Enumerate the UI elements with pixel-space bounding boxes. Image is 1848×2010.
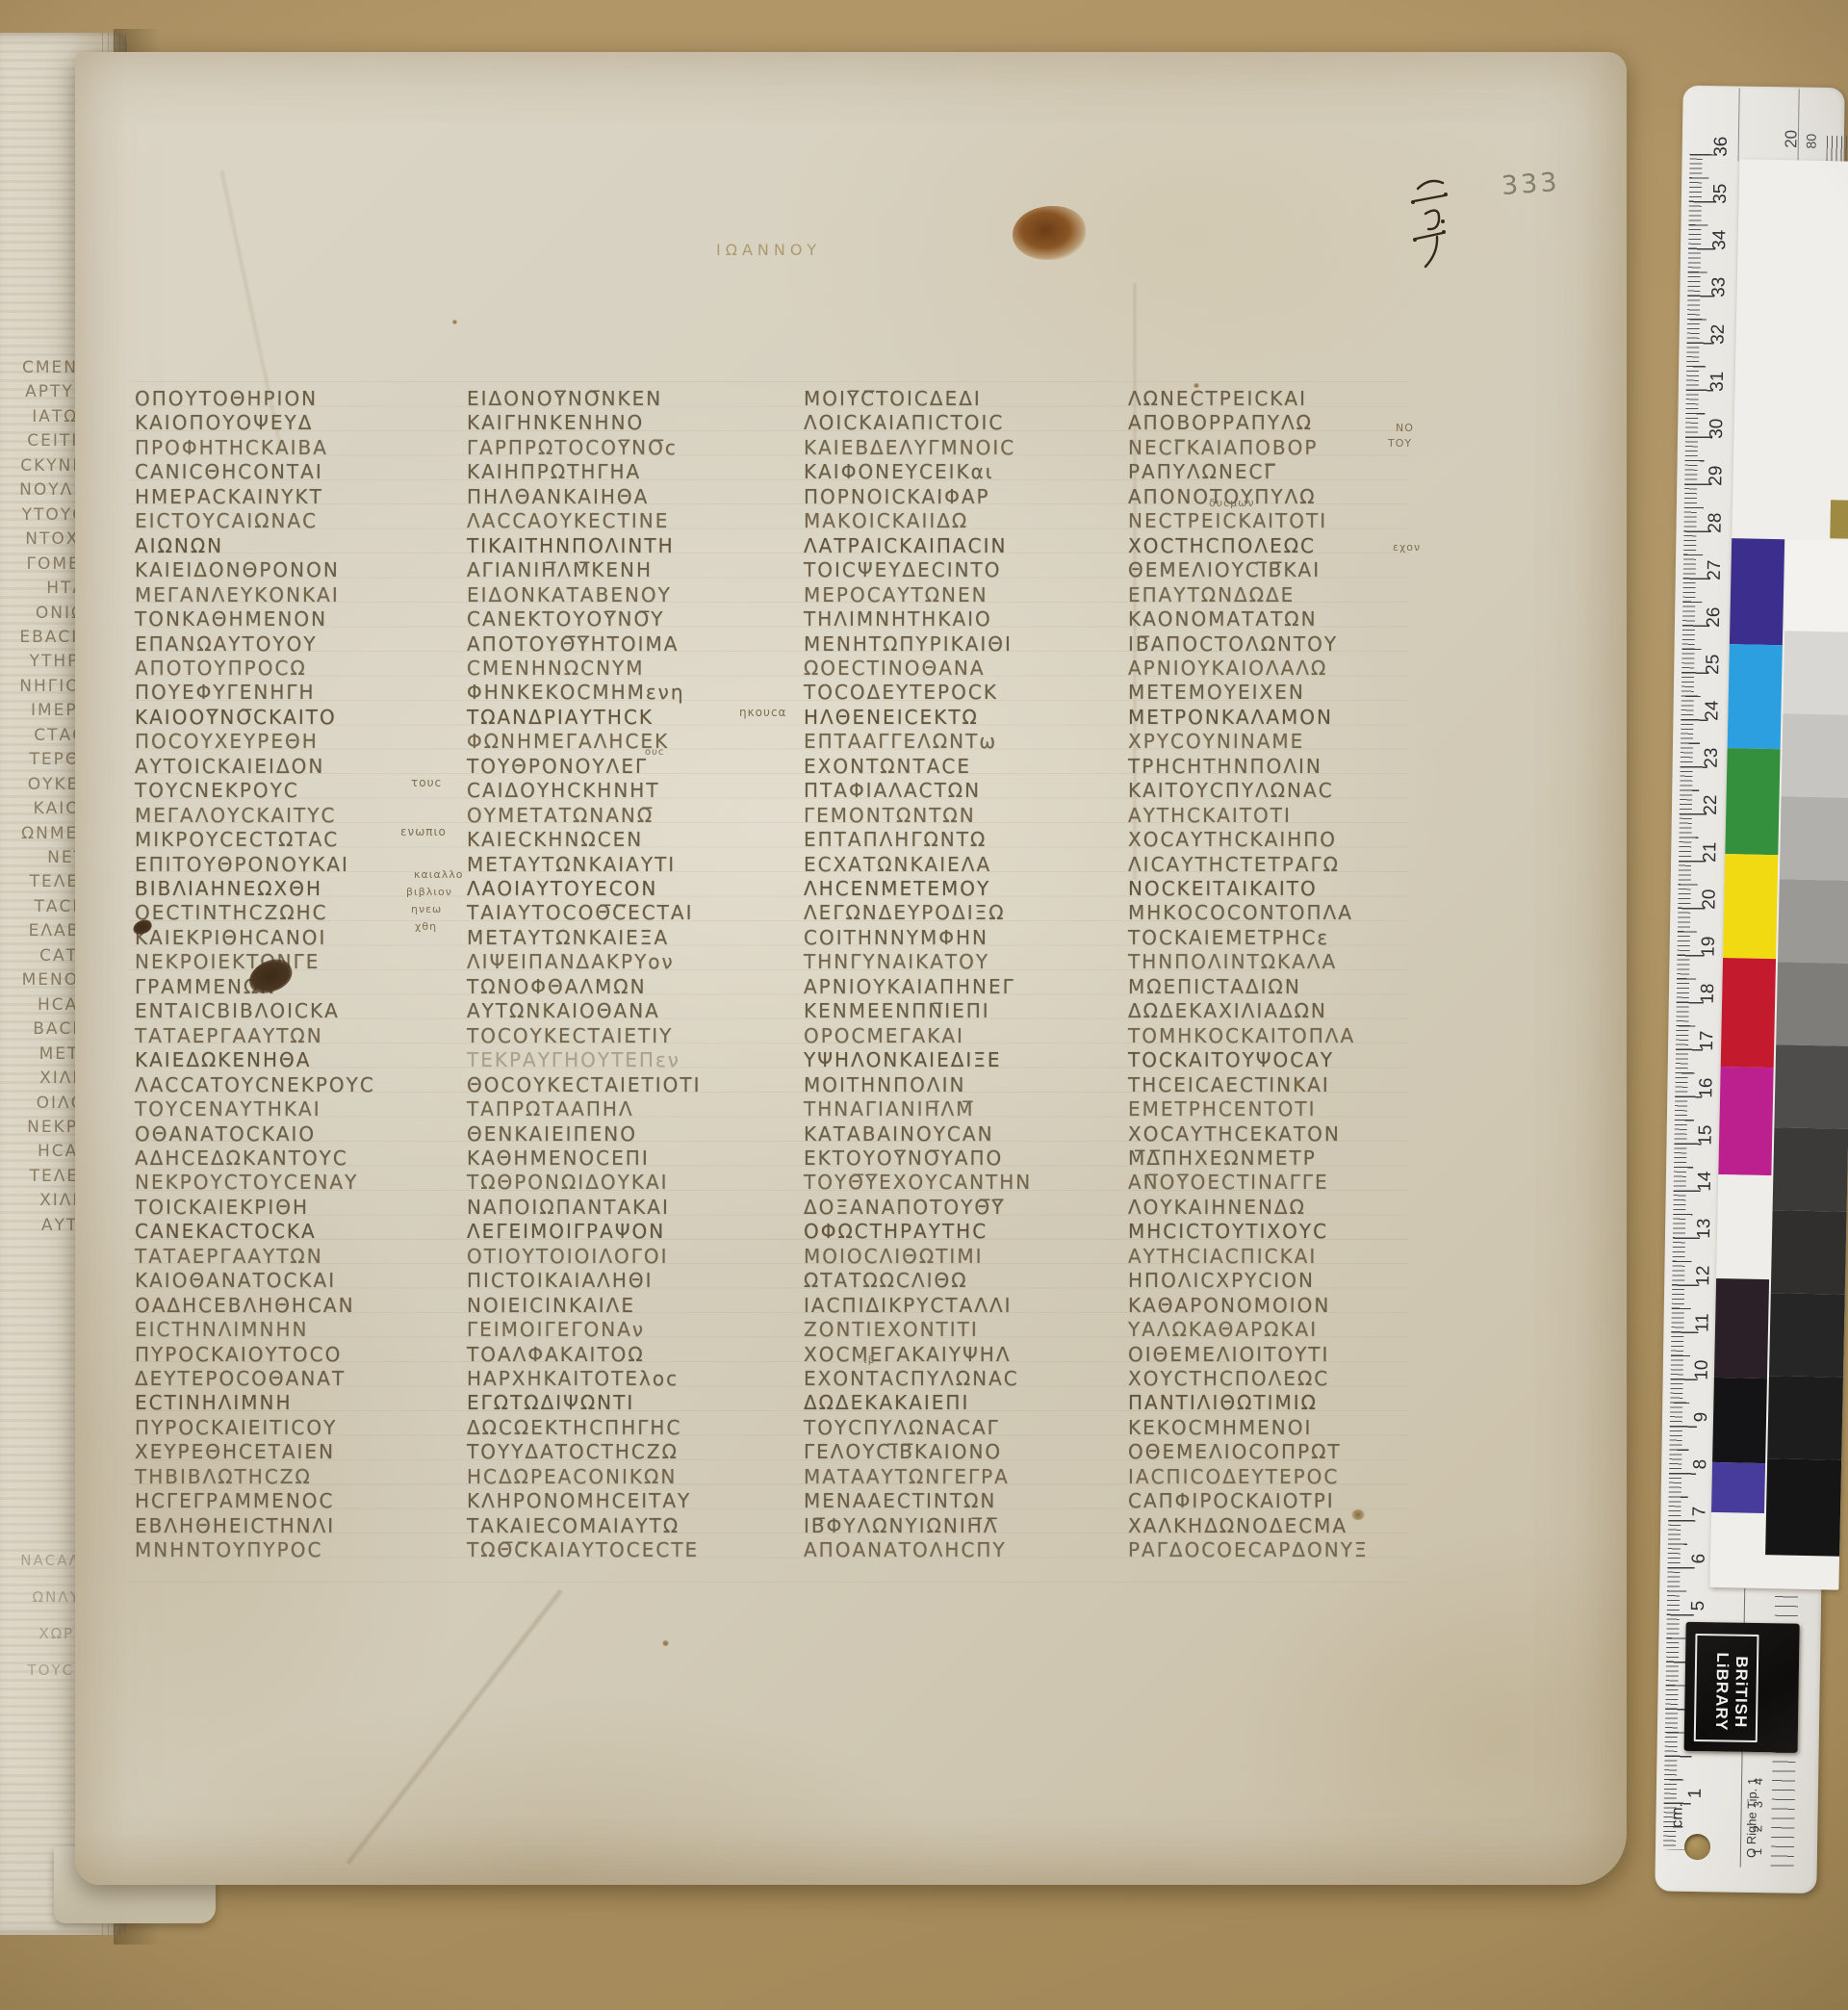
- ruler-cm-number: 15: [1695, 1123, 1716, 1145]
- manuscript-line: ΚΑΘΗΜΕΝΟϹΕΠΙ: [467, 1147, 650, 1171]
- manuscript-line: ΧΡΥϹΟΥΝΙΝΑΜΕ: [1128, 730, 1304, 754]
- manuscript-line: ΕΙΔΟΝΚΑΤΑΒΕΝΟΥ: [467, 583, 672, 607]
- ruler-grid-line: [1798, 90, 1800, 163]
- manuscript-line: ΠΗΛΘΑΝΚΑΙΗΘΑ: [467, 485, 649, 509]
- manuscript-line: ΟΡΟϹΜΕΓΑΚΑΙ: [804, 1024, 964, 1048]
- manuscript-line: ΤΗΝΠΟΛΙΝΤΩΚΑΛΑ: [1128, 950, 1337, 974]
- manuscript-line: ΟΘΑΝΑΤΟϹΚΑΙΟ: [135, 1122, 316, 1147]
- gray-step-12: [1765, 1458, 1841, 1557]
- manuscript-line: ΤΟΥϹΝΕΚΡΟΥϹ: [135, 779, 299, 803]
- ruler-cm-number: 28: [1705, 512, 1726, 533]
- manuscript-line: ΝΟΙΕΙϹΙΝΚΑΙΛΕ: [467, 1294, 635, 1318]
- manuscript-line: ΙΑϹΠΙϹΟΔΕΥΤΕΡΟϹ: [1128, 1465, 1339, 1489]
- manuscript-line: ΤΟΥΘΡΟΝΟΥΛΕΓ: [467, 755, 648, 779]
- manuscript-line: ΟΥΜΕΤΑΤΩΝΑΝΩ̅: [467, 804, 654, 828]
- manuscript-line: ΤΑΤΑΕΡΓΑΑΥΤΩΝ: [135, 1024, 323, 1048]
- manuscript-line: ΚΕΚΟϹΜΗΜΕΝΟΙ: [1128, 1416, 1312, 1440]
- manuscript-line: ΜΑΤΑΑΥΤΩΝΓΕΓΡΑ: [804, 1465, 1010, 1489]
- manuscript-line: ΚΑΙΦΟΝΕΥϹΕΙΚαι: [804, 460, 994, 484]
- manuscript-line: ΤΟϹΟΥΚΕϹΤΑΙΕΤΙΥ: [467, 1024, 673, 1048]
- manuscript-line: ΕΧΟΝΤΑϹΠΥΛΩΝΑϹ: [804, 1367, 1019, 1391]
- manuscript-line: ΑΡΝΙΟΥΚΑΙΟΛΑΛΩ: [1128, 657, 1327, 681]
- manuscript-line: ΛΑΟΙΑΥΤΟΥΕϹΟΝ: [467, 877, 657, 901]
- manuscript-line: ΜΑΚΟΙϹΚΑΙΙΔΩ: [804, 509, 968, 533]
- spot: [1351, 1509, 1365, 1520]
- manuscript-line: ΦΩΝΗΜΕΓΑΛΗϹΕΚ: [467, 730, 669, 754]
- ruler-cm-number: 24: [1702, 700, 1723, 721]
- ruler-cm-number: 23: [1702, 747, 1723, 768]
- righe-number: 3: [1751, 1801, 1765, 1808]
- marginal-note: ηνεω: [411, 903, 442, 915]
- manuscript-line: ΤΟϹΚΑΙΤΟΥΨΟϹΑΥ: [1128, 1048, 1334, 1072]
- british-library-label: BRiTISH LiBRARY: [1684, 1622, 1800, 1753]
- gray-step-4: [1780, 796, 1848, 881]
- manuscript-line: ΚΑΙΕϹΚΗΝΩϹΕΝ: [467, 828, 643, 852]
- manuscript-line: ΤΗΛΙΜΝΗΤΗΚΑΙΟ: [804, 607, 992, 631]
- manuscript-line: ΤΩΘΡΟΝΩΙΔΟΥΚΑΙ: [467, 1171, 669, 1195]
- manuscript-line: ΗΑΡΧΗΚΑΙΤΟΤΕλοϲ: [467, 1367, 679, 1391]
- manuscript-line: ΟΘΕΜΕΛΙΟϹΟΠΡΩΤ: [1128, 1440, 1342, 1464]
- ruler-cm-number: 9: [1691, 1406, 1712, 1428]
- spot: [662, 1640, 669, 1646]
- manuscript-line: ΧΟϹΑΥΤΗϹΚΑΙΗΠΟ: [1128, 828, 1337, 852]
- manuscript-line: ΛΟΙϹΚΑΙΑΠΙϹΤΟΙϹ: [804, 411, 1004, 435]
- manuscript-line: ΘΟϹΟΥΚΕϹΤΑΙΕΤΙΟΤΙ: [467, 1073, 702, 1097]
- manuscript-line: ΤΟΥΥΔΑΤΟϹΤΗϹΖΩ: [467, 1440, 679, 1464]
- ruler-cm-number: 10: [1692, 1359, 1713, 1380]
- manuscript-line: ΔΩΔΕΚΑΚΑΙΕΠΙ: [804, 1391, 969, 1415]
- manuscript-line: ΚΑΙΟΠΟΥΟΨΕΥΔ: [135, 411, 313, 435]
- manuscript-line: ΥΑΛΩΚΑΘΑΡΩΚΑΙ: [1128, 1318, 1318, 1342]
- manuscript-line: ΤΟΙϹΚΑΙΕΚΡΙΘΗ: [135, 1196, 309, 1220]
- righe-numbers: 1234: [1683, 86, 1845, 89]
- manuscript-line: ΟΠΟΥΤΟΘΗΡΙΟΝ: [135, 387, 318, 411]
- manuscript-line: ΕΠΤΑΑΓΓΕΛΩΝΤω: [804, 730, 997, 754]
- gray-step-5: [1778, 879, 1848, 964]
- manuscript-line: ΙΒ̅ΑΠΟϹΤΟΛΩΝΤΟΥ: [1128, 632, 1338, 657]
- ruler-cm-number: 26: [1704, 606, 1725, 628]
- ruler-cm-number: 1: [1685, 1783, 1707, 1804]
- manuscript-line: ΔΩΔΕΚΑΧΙΛΙΑΔΩΝ: [1128, 999, 1327, 1023]
- righe-ticks-upper: [1775, 1586, 1799, 1621]
- manuscript-line: ΚΑΙΕΔΩΚΕΝΗΘΑ: [135, 1048, 311, 1072]
- manuscript-line: ΒΙΒΛΙΑΗΝΕΩΧΘΗ: [135, 877, 322, 901]
- manuscript-line: ΧΟΥϹΤΗϹΠΟΛΕΩϹ: [1128, 1367, 1329, 1391]
- manuscript-line: ΑΥΤΗϹΚΑΙΤΟΤΙ: [1128, 804, 1292, 828]
- marginal-note: εχον: [1393, 541, 1421, 554]
- manuscript-line: ΚΑΤΑΒΑΙΝΟΥϹΑΝ: [804, 1122, 994, 1147]
- manuscript-line: ΜΩΕΠΙϹΤΑΔΙΩΝ: [1128, 975, 1301, 999]
- spot: [452, 320, 457, 324]
- manuscript-line: ΗϹΔΩΡΕΑϹΟΝΙΚΩΝ: [467, 1465, 677, 1489]
- ruler-cm-number: 34: [1709, 229, 1731, 250]
- ruler-cm-number: 20: [1699, 889, 1720, 910]
- manuscript-line: ΠΥΡΟϹΚΑΙΟΥΤΟϹΟ: [135, 1343, 342, 1367]
- label-line-1: BRiTISH: [1731, 1635, 1752, 1750]
- manuscript-line: ϹΑΝΕΚΑϹΤΟϹΚΑ: [135, 1220, 317, 1244]
- running-title: ΙΩΑΝΝΟΥ: [716, 241, 821, 259]
- ruler-cm-number: 14: [1695, 1171, 1716, 1192]
- ruler-cm-number: 27: [1705, 559, 1726, 580]
- manuscript-line: ΚΕΝΜΕΕΝΠΝ̅ΙΕΠΙ: [804, 999, 990, 1023]
- manuscript-line: ΕΓΩΤΩΔΙΨΩΝΤΙ: [467, 1391, 634, 1415]
- manuscript-line: ΕΠΙΤΟΥΘΡΟΝΟΥΚΑΙ: [135, 853, 349, 877]
- manuscript-line: ΘΕΝΚΑΙΕΙΠΕΝΟ: [467, 1122, 637, 1147]
- manuscript-line: ΑΠΟΤΟΥΘ̅Υ̅ΗΤΟΙΜΑ: [467, 632, 679, 657]
- gray-step-1: [1784, 539, 1848, 632]
- manuscript-line: ΜΟΙΥ̅Ϲ̅ΤΟΙϹΔΕΔΙ: [804, 387, 982, 411]
- manuscript-line: ΙΑϹΠΙΔΙΚΡΥϹΤΑΛΛΙ: [804, 1294, 1013, 1318]
- manuscript-line: ΛΟΥΚΑΙΗΝΕΝΔΩ: [1128, 1196, 1306, 1220]
- manuscript-line: ΑΥΤΟΙϹΚΑΙΕΙΔΟΝ: [135, 755, 324, 779]
- manuscript-line: ΓΕΛΟΥϹΙ̅Β̅ΚΑΙΟΝΟ: [804, 1440, 1002, 1464]
- manuscript-line: ΑΥΤΗϹΙΑϹΠΙϹΚΑΙ: [1128, 1245, 1317, 1269]
- manuscript-line: ΛΑϹϹΑΤΟΥϹΝΕΚΡΟΥϹ: [135, 1073, 375, 1097]
- manuscript-line: ΗΜΕΡΑϹΚΑΙΝΥΚΤ: [135, 485, 323, 509]
- manuscript-line: ΤΗΒΙΒΛΩΤΗϹΖΩ: [135, 1465, 312, 1489]
- manuscript-line: ΤΑΠΡΩΤΑΑΠΗΛ: [467, 1097, 634, 1121]
- manuscript-line: ΧΟϹΤΗϹΠΟΛΕΩϹ: [1128, 534, 1316, 558]
- ruler-grid-line: [1738, 89, 1740, 162]
- manuscript-line: ΧΟϹΜΕΓΑΚΑΙΥΨΗΛ: [804, 1343, 1012, 1367]
- marginal-note: ΝΟ: [1396, 422, 1414, 434]
- manuscript-line: ΕΧΟΝΤΩΝΤΑϹΕ: [804, 755, 971, 779]
- manuscript-line: ΟΤΙΟΥΤΟΙΟΙΛΟΓΟΙ: [467, 1245, 669, 1269]
- ruler-cm-number: 33: [1708, 276, 1730, 297]
- manuscript-line: ΚΑΘΑΡΟΝΟΜΟΙΟΝ: [1128, 1294, 1330, 1318]
- manuscript-line: ΑΝ̅ΟΥ̅ΟΕϹΤΙΝΑΓΓΕ: [1128, 1171, 1329, 1195]
- manuscript-line: ΕΠΑΝΩΑΥΤΟΥΟΥ: [135, 632, 318, 657]
- manuscript-line: ΤΗϹΕΙϹΑΕϹΤΙΝΚΑΙ: [1128, 1073, 1330, 1097]
- ruler-cm-number: 22: [1701, 794, 1722, 815]
- gray-step-7: [1774, 1044, 1848, 1129]
- manuscript-line: ΑΡΝΙΟΥΚΑΙΑΠΗΝΕΓ: [804, 975, 1015, 999]
- manuscript-line: ΠΟΥΕΦΥΓΕΝΗΓΗ: [135, 681, 316, 705]
- manuscript-line: ΔΕΥΤΕΡΟϹΟΘΑΝΑΤ: [135, 1367, 346, 1391]
- manuscript-line: ΝΟϹΚΕΙΤΑΙΚΑΙΤΟ: [1128, 877, 1318, 901]
- manuscript-line: ΤΟϹΟΔΕΥΤΕΡΟϹΚ: [804, 681, 998, 705]
- manuscript-line: ΚΛΗΡΟΝΟΜΗϹΕΙΤΑΥ: [467, 1489, 691, 1513]
- manuscript-line: ϹΜΕΝΗΝΩϹΝΥΜ: [467, 657, 645, 681]
- manuscript-line: ΤΟΥΘ̅Υ̅ΕΧΟΥϹΑΝΤΗΝ: [804, 1171, 1032, 1195]
- manuscript-line: ΤΟΥϹΕΝΑΥΤΗΚΑΙ: [135, 1097, 321, 1121]
- manuscript-line: ΛΩΝΕϹΤΡΕΙϹΚΑΙ: [1128, 387, 1307, 411]
- manuscript-line: ΕΚΤΟΥΟΥ̅ΝΟ̅ΥΑΠΟ: [804, 1147, 1003, 1171]
- stain-large: [1013, 206, 1086, 260]
- manuscript-line: ΜΕΤΡΟΝΚΑΛΑΜΟΝ: [1128, 706, 1333, 730]
- ruler-cm-number: 5: [1688, 1594, 1709, 1615]
- manuscript-line: ΤΕΚΡΑΥΓΗΟΥΤΕΠεν: [467, 1048, 680, 1072]
- ruler-cm-number: 11: [1692, 1312, 1713, 1333]
- manuscript-line: ΡΑΓΔΟϹΟΕϹΑΡΔΟΝΥΞ: [1128, 1538, 1369, 1562]
- ruler-top-label-80: 80: [1804, 134, 1819, 149]
- manuscript-line: ΑΠΟΒΟΡΡΑΠΥΛΩ: [1128, 411, 1313, 435]
- marginal-note: ιβ: [863, 1353, 876, 1366]
- manuscript-line: ϹΟΙΤΗΝΝΥΜΦΗΝ: [804, 926, 988, 950]
- manuscript-line: ΧΕΥΡΕΘΗϹΕΤΑΙΕΝ: [135, 1440, 335, 1464]
- ruler-punch-hole: [1684, 1834, 1710, 1860]
- ruler-cm-number: 31: [1707, 371, 1729, 392]
- manuscript-line: ΙΒ̅ΦΥΛΩΝΥΙΩΝΙΗ̅Λ̅: [804, 1514, 998, 1538]
- manuscript-line: ΠΥΡΟϹΚΑΙΕΙΤΙϹΟΥ: [135, 1416, 337, 1440]
- righe-number: 2: [1750, 1824, 1764, 1831]
- manuscript-line: ΕΠΤΑΠΛΗΓΩΝΤΩ: [804, 828, 987, 852]
- gray-step-8: [1773, 1127, 1848, 1212]
- manuscript-line: ϹΑΠΦΙΡΟϹΚΑΙΟΤΡΙ: [1128, 1489, 1335, 1513]
- manuscript-line: ΑΓΙΑΝΙΗ̅ΛΜ̅ΚΕΝΗ: [467, 558, 653, 582]
- manuscript-line: ΠΡΟΦΗΤΗϹΚΑΙΒΑ: [135, 436, 328, 460]
- manuscript-line: ΠΟΡΝΟΙϹΚΑΙΦΑΡ: [804, 485, 990, 509]
- gray-step-10: [1769, 1293, 1845, 1378]
- marginal-note: χθη: [415, 920, 437, 933]
- manuscript-line: ΟΦΩϹΤΗΡΑΥΤΗϹ: [804, 1220, 988, 1244]
- manuscript-line: ΜΕΝΗΤΩΠΥΡΙΚΑΙΘΙ: [804, 632, 1013, 657]
- manuscript-line: ΠΙϹΤΟΙΚΑΙΑΛΗΘΙ: [467, 1269, 654, 1293]
- manuscript-line: ΜΗΚΟϹΟϹΟΝΤΟΠΛΑ: [1128, 901, 1353, 925]
- manuscript-line: ΝΕϹΓ̅ΚΑΙΑΠΟΒΟΡ: [1128, 436, 1318, 460]
- manuscript-line: ΛΕΓΩΝΔΕΥΡΟΔΙΞΩ: [804, 901, 1006, 925]
- manuscript-line: ΚΑΙΟΘΑΝΑΤΟϹΚΑΙ: [135, 1269, 336, 1293]
- manuscript-line: ΕΝΤΑΙϹΒΙΒΛΟΙϹΚΑ: [135, 999, 340, 1023]
- manuscript-line: ΤΑΤΑΕΡΓΑΑΥΤΩΝ: [135, 1245, 323, 1269]
- gray-step-3: [1782, 713, 1848, 798]
- manuscript-line: ΛΑΤΡΑΙϹΚΑΙΠΑϹΙΝ: [804, 534, 1007, 558]
- manuscript-page: ΙΩΑΝΝΟΥ 333 ΟΠΟΥΤΟΘΗΡΙΟΝΚΑΙΟΠΟΥΟΨΕΥΔΠΡΟΦ…: [75, 52, 1627, 1885]
- spot: [1295, 1080, 1300, 1086]
- manuscript-line: ΧΟϹΑΥΤΗϹΕΚΑΤΟΝ: [1128, 1122, 1341, 1147]
- manuscript-line: ΟΕϹΤΙΝΤΗϹΖΩΗϹ: [135, 901, 328, 925]
- manuscript-line: ΛΙΨΕΙΠΑΝΔΑΚΡΥον: [467, 950, 675, 974]
- quire-mark: [1409, 173, 1451, 273]
- manuscript-line: ΤΩΑΝΔΡΙΑΥΤΗϹΚ: [467, 706, 654, 730]
- manuscript-line: ΠΤΑΦΙΑΛΑϹΤΩΝ: [804, 779, 981, 803]
- manuscript-line: ΑΠΟΑΝΑΤΟΛΗϹΠΥ: [804, 1538, 1007, 1562]
- ruler-unit-label: cm.: [1669, 1803, 1686, 1828]
- ruler-cm-number: 8: [1690, 1454, 1711, 1475]
- manuscript-line: ΘΕΜΕΛΙΟΥϹΙ̅Β̅ΚΑΙ: [1128, 558, 1321, 582]
- gray-step-2: [1783, 631, 1848, 715]
- marginal-note: ηκουϲα: [739, 706, 786, 719]
- manuscript-line: ΦΗΝΚΕΚΟϹΜΗΜενη: [467, 681, 685, 705]
- manuscript-line: ΗΠΟΛΙϹΧΡΥϹΙΟΝ: [1128, 1269, 1315, 1293]
- manuscript-line: ΑΠΟΤΟΥΠΡΟϹΩ: [135, 657, 307, 681]
- ruler-cm-number: 30: [1707, 418, 1728, 439]
- manuscript-line: ΤΟΝΚΑΘΗΜΕΝΟΝ: [135, 607, 327, 631]
- manuscript-line: ΝΕΚΡΟΥϹΤΟΥϹΕΝΑΥ: [135, 1171, 358, 1195]
- manuscript-line: ΜΕΤΑΥΤΩΝΚΑΙΑΥΤΙ: [467, 853, 676, 877]
- manuscript-line: ΛΙϹΑΥΤΗϹΤΕΤΡΑΓΩ: [1128, 853, 1340, 877]
- manuscript-line: ΔΩϹΩΕΚΤΗϹΠΗΓΗϹ: [467, 1416, 681, 1440]
- manuscript-line: ΤΗΝΑΓΙΑΝΙΗ̅ΛΜ̅: [804, 1097, 974, 1121]
- ruler-numbers: 0123456789101112131415161718192021222324…: [1683, 86, 1845, 89]
- ruler-cm-number: 6: [1689, 1548, 1710, 1569]
- manuscript-line: ΔΟΞΑΝΑΠΟΤΟΥΘ̅Υ̅: [804, 1196, 1005, 1220]
- gray-step-6: [1776, 962, 1848, 1046]
- manuscript-line: ΤΩΘ̅Ϲ̅ΚΑΙΑΥΤΟϹΕϹΤΕ: [467, 1538, 699, 1562]
- ruler-cm-number: 25: [1703, 654, 1724, 675]
- manuscript-line: ΤΑΚΑΙΕϹΟΜΑΙΑΥΤΩ: [467, 1514, 680, 1538]
- marginal-note: ουϲ: [645, 747, 664, 758]
- manuscript-line: ΩΤΑΤΩΩϹΛΙΘΩ: [804, 1269, 968, 1293]
- ruler-cm-number: 36: [1711, 136, 1732, 157]
- ruler-cm-number: 21: [1700, 841, 1721, 863]
- manuscript-line: ΤΗΝΓΥΝΑΙΚΑΤΟΥ: [804, 950, 989, 974]
- manuscript-line: ΤΟϹΚΑΙΕΜΕΤΡΗϹε: [1128, 926, 1329, 950]
- manuscript-line: ΓΑΡΠΡΩΤΟϹΟΥ̅ΝΟ̅ϲ: [467, 436, 678, 460]
- manuscript-line: ΗϹΓΕΓΡΑΜΜΕΝΟϹ: [135, 1489, 334, 1513]
- manuscript-line: ΛΑϹϹΑΟΥΚΕϹΤΙΝΕ: [467, 509, 669, 533]
- manuscript-line: ΡΑΠΥΛΩΝΕϹΓ̅: [1128, 460, 1277, 484]
- ruler-cm-number: 32: [1708, 323, 1730, 345]
- manuscript-line: ϹΑΝΕΚΤΟΥΟΥ̅ΝΟ̅Υ: [467, 607, 664, 631]
- ruler-cm-number: 12: [1693, 1265, 1714, 1286]
- manuscript-line: ΑΙΩΝΩΝ: [135, 534, 223, 558]
- manuscript-line: ΜΗϹΙϹΤΟΥΤΙΧΟΥϹ: [1128, 1220, 1328, 1244]
- manuscript-line: ΟΑΔΗϹΕΒΛΗΘΗϹΑΝ: [135, 1294, 355, 1318]
- manuscript-line: ΤΙΚΑΙΤΗΝΠΟΛΙΝΤΗ: [467, 534, 675, 558]
- manuscript-line: ΠΑΝΤΙΛΙΘΩΤΙΜΙΩ: [1128, 1391, 1318, 1415]
- manuscript-line: ΤΡΗϹΗΤΗΝΠΟΛΙΝ: [1128, 755, 1322, 779]
- manuscript-line: ΛΕΓΕΙΜΟΙΓΡΑΨΟΝ: [467, 1220, 665, 1244]
- manuscript-line: ΑΥΤΩΝΚΑΙΟΘΑΝΑ: [467, 999, 660, 1023]
- marginal-note: ΤΟΥ: [1388, 437, 1412, 450]
- marginal-note: τουϲ: [411, 776, 442, 789]
- manuscript-line: ΜΕΤΕΜΟΥΕΙΧΕΝ: [1128, 681, 1305, 705]
- label-line-2: LiBRARY: [1711, 1634, 1732, 1749]
- manuscript-line: ΕϹΤΙΝΗΛΙΜΝΗ: [135, 1391, 293, 1415]
- ruler-cm-number: 29: [1706, 465, 1727, 486]
- manuscript-line: ΕΒΛΗΘΗΕΙϹΤΗΝΛΙ: [135, 1514, 335, 1538]
- manuscript-line: ΤΟΙϹΨΕΥΔΕϹΙΝΤΟ: [804, 558, 1002, 582]
- ruler-cm-number: 35: [1710, 183, 1732, 204]
- manuscript-line: ΧΑΛΚΗΔΩΝΟΔΕϹΜΑ: [1128, 1514, 1347, 1538]
- manuscript-line: ΜΕΝΑΑΕϹΤΙΝΤΩΝ: [804, 1489, 996, 1513]
- manuscript-line: ΚΑΟΝΟΜΑΤΑΤΩΝ: [1128, 607, 1318, 631]
- manuscript-line: ΜΙΚΡΟΥϹΕϹΤΩΤΑϹ: [135, 828, 339, 852]
- ruler-cm-number: 7: [1689, 1501, 1710, 1522]
- righe-number: 4: [1751, 1778, 1765, 1785]
- manuscript-line: ΥΨΗΛΟΝΚΑΙΕΔΙΞΕ: [804, 1048, 1002, 1072]
- ruler-assembly: 0123456789101112131415161718192021222324…: [1655, 86, 1848, 1896]
- manuscript-line: ΚΑΙΟΟΥ̅ΝΟ̅ϹΚΑΙΤΟ: [135, 706, 337, 730]
- ruler-cm-number: 13: [1694, 1218, 1715, 1239]
- ruler-cm-number: 19: [1699, 936, 1720, 957]
- manuscript-line: ΕΙϹΤΟΥϹΑΙΩΝΑϹ: [135, 509, 318, 533]
- gray-step-9: [1771, 1210, 1847, 1295]
- gray-step-11: [1767, 1376, 1843, 1460]
- manuscript-line: ΤΩΝΟΦΘΑΛΜΩΝ: [467, 975, 647, 999]
- manuscript-line: ΓΕΜΟΝΤΩΝΤΩΝ: [804, 804, 976, 828]
- manuscript-line: ΚΑΙΕΒΔΕΛΥΓΜΝΟΙϹ: [804, 436, 1015, 460]
- manuscript-line: ΝΕϹΤΡΕΙϹΚΑΙΤΟΤΙ: [1128, 509, 1327, 533]
- manuscript-line: ΟΙΘΕΜΕΛΙΟΙΤΟΥΤΙ: [1128, 1343, 1329, 1367]
- manuscript-line: Μ̅Δ̅ΠΗΧΕΩΝΜΕΤΡ: [1128, 1147, 1317, 1171]
- manuscript-line: ΛΗϹΕΝΜΕΤΕΜΟΥ: [804, 877, 990, 901]
- manuscript-line: ΚΑΙΓΗΝΚΕΝΗΝΟ: [467, 411, 644, 435]
- ruler-cm-number: 16: [1696, 1077, 1717, 1098]
- manuscript-line: ΠΟϹΟΥΧΕΥΡΕΘΗ: [135, 730, 319, 754]
- manuscript-line: ΤΑΙΑΥΤΟϹΟΘ̅Ϲ̅ΕϹΤΑΙ: [467, 901, 693, 925]
- manuscript-line: ΜΕΡΟϹΑΥΤΩΝΕΝ: [804, 583, 988, 607]
- manuscript-line: ΜΟΙΟϹΛΙΘΩΤΙΜΙ: [804, 1245, 983, 1269]
- manuscript-line: ΝΑΠΟΙΩΠΑΝΤΑΚΑΙ: [467, 1196, 670, 1220]
- manuscript-line: ΜΕΓΑΛΟΥϹΚΑΙΤΥϹ: [135, 804, 336, 828]
- manuscript-line: ΜΕΤΑΥΤΩΝΚΑΙΕΞΑ: [467, 926, 669, 950]
- manuscript-line: ΕΠΑΥΤΩΝΔΩΔΕ: [1128, 583, 1295, 607]
- manuscript-line: ΓΕΙΜΟΙΓΕΓΟΝΑν: [467, 1318, 645, 1342]
- marginal-note: ενωπιο: [400, 825, 447, 838]
- manuscript-line: ΩΟΕϹΤΙΝΟΘΑΝΑ: [804, 657, 986, 681]
- folio-number: 333: [1501, 167, 1561, 201]
- manuscript-line: ΤΟΥϹΠΥΛΩΝΑϹΑΓ: [804, 1416, 1000, 1440]
- manuscript-line: ΚΑΙΗΠΡΩΤΗΓΗΑ: [467, 460, 641, 484]
- manuscript-line: ΖΟΝΤΙΕΧΟΝΤΙΤΙ: [804, 1318, 979, 1342]
- manuscript-line: ΤΟΑΛΦΑΚΑΙΤΟΩ: [467, 1343, 645, 1367]
- manuscript-line: ΑΔΗϹΕΔΩΚΑΝΤΟΥϹ: [135, 1147, 348, 1171]
- manuscript-line: ϹΑΝΙϹΘΗϹΟΝΤΑΙ: [135, 460, 323, 484]
- marginal-note: δυϲμων: [1209, 497, 1255, 509]
- ruler-top-label-20: 20: [1782, 130, 1801, 148]
- ruler-cm-number: 18: [1698, 983, 1719, 1004]
- manuscript-line: ΕΙΔΟΝΟΥ̅ΝΟ̅ΝΚΕΝ: [467, 387, 662, 411]
- manuscript-line: ΕΙϹΤΗΝΛΙΜΝΗΝ: [135, 1318, 309, 1342]
- manuscript-line: ΚΑΙΕΚΡΙΘΗϹΑΝΟΙ: [135, 926, 326, 950]
- manuscript-line: ΜΝΗΝΤΟΥΠΥΡΟϹ: [135, 1538, 322, 1562]
- manuscript-line: ΜΕΓΑΝΛΕΥΚΟΝΚΑΙ: [135, 583, 340, 607]
- label-text: BRiTISH LiBRARY: [1711, 1634, 1752, 1750]
- manuscript-line: ΗΛΘΕΝΕΙϹΕΚΤΩ: [804, 706, 979, 730]
- marginal-note: καιαλλο: [414, 868, 463, 881]
- righe-number: 1: [1750, 1848, 1764, 1855]
- marginal-note: βιβλιον: [406, 886, 452, 898]
- spot: [1193, 383, 1199, 388]
- manuscript-line: ϹΑΙΔΟΥΗϹΚΗΝΗΤ: [467, 779, 660, 803]
- manuscript-line: ΤΟΜΗΚΟϹΚΑΙΤΟΠΛΑ: [1128, 1024, 1355, 1048]
- manuscript-line: ΚΑΙΤΟΥϹΠΥΛΩΝΑϹ: [1128, 779, 1334, 803]
- manuscript-line: ΜΟΙΤΗΝΠΟΛΙΝ: [804, 1073, 965, 1097]
- ruler-cm-number: 17: [1697, 1030, 1718, 1051]
- parchment-crease: [345, 1588, 564, 1867]
- manuscript-line: ΕΜΕΤΡΗϹΕΝΤΟΤΙ: [1128, 1097, 1316, 1121]
- gold-patch: [1830, 500, 1848, 539]
- manuscript-line: ΚΑΙΕΙΔΟΝΘΡΟΝΟΝ: [135, 558, 340, 582]
- manuscript-line: ΕϹΧΑΤΩΝΚΑΙΕΛΑ: [804, 853, 991, 877]
